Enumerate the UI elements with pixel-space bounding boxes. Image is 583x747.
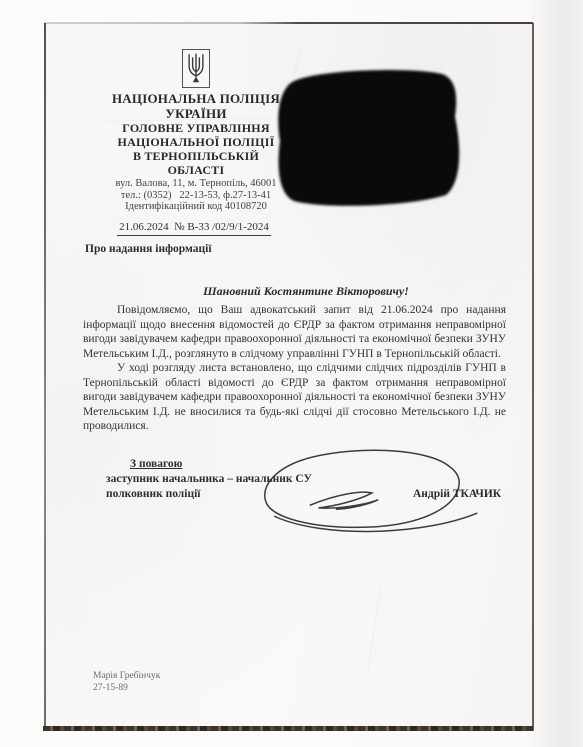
executor-phone: 27-15-89 bbox=[93, 683, 160, 695]
tryzub-coat-of-arms-icon bbox=[182, 49, 210, 88]
paper-edge-top bbox=[44, 22, 533, 24]
paper-edge-left bbox=[44, 23, 46, 731]
signer-name: Андрій ТКАЧИК bbox=[413, 488, 501, 500]
redaction-block bbox=[274, 65, 466, 215]
letter-body: Повідомляємо, що Ваш адвокатський запит … bbox=[83, 303, 506, 434]
paper-crease bbox=[367, 583, 382, 672]
body-paragraph-1: Повідомляємо, що Ваш адвокатський запит … bbox=[83, 303, 506, 361]
reference-line-wrap: 21.06.2024 № В-33 /02/9/1-2024 bbox=[44, 217, 344, 236]
paper-edge-right bbox=[532, 23, 534, 731]
document-page: НАЦІОНАЛЬНА ПОЛІЦІЯ УКРАЇНИ ГОЛОВНЕ УПРА… bbox=[44, 23, 533, 731]
subject-line: Про надання інформації bbox=[85, 243, 212, 255]
salutation: Шановний Костянтине Вікторовичу! bbox=[83, 284, 507, 299]
executor-name: Марія Гребінчук bbox=[93, 671, 160, 683]
paper-edge-bottom bbox=[43, 726, 534, 731]
photo-background: НАЦІОНАЛЬНА ПОЛІЦІЯ УКРАЇНИ ГОЛОВНЕ УПРА… bbox=[0, 0, 583, 747]
executor-block: Марія Гребінчук 27-15-89 bbox=[93, 671, 160, 694]
body-paragraph-2: У ході розгляду листа встановлено, що сл… bbox=[83, 361, 506, 434]
reference-number: 21.06.2024 № В-33 /02/9/1-2024 bbox=[117, 221, 271, 236]
